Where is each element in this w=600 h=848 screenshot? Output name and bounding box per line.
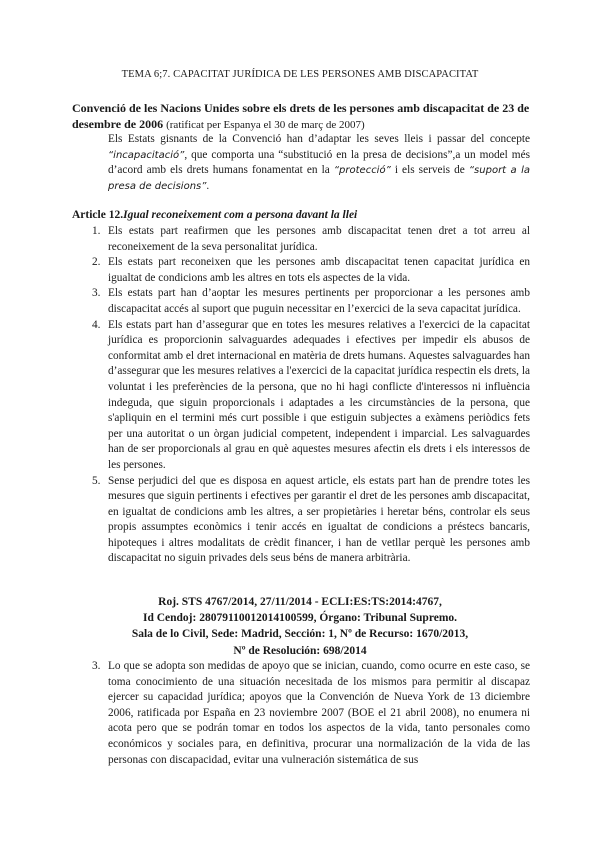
list-item: 2.Els estats part reconeixen que les per…	[72, 255, 530, 286]
convention-text-4: .	[206, 180, 209, 192]
convention-term-incapacitacio: “incapacitació”	[108, 150, 184, 161]
article-items-list: 1.Els estats part reafirmen que les pers…	[72, 224, 530, 567]
document-page: TEMA 6;7. CAPACITAT JURÍDICA DE LES PERS…	[0, 0, 600, 848]
ruling-items-list: 3.Lo que se adopta son medidas de apoyo …	[72, 659, 530, 768]
item-text: Els estats part reafirmen que les person…	[108, 225, 530, 253]
convention-text-1: Els Estats gisnants de la Convenció han …	[108, 133, 530, 145]
article-label: Article 12.	[72, 209, 123, 221]
ratification-note: (ratificat per Espanya el 30 de març de …	[166, 119, 365, 131]
item-text: Sense perjudici del que es disposa en aq…	[108, 475, 530, 565]
article-heading: Article 12.Igual reconeixement com a per…	[72, 208, 532, 224]
list-item: 5.Sense perjudici del que es disposa en …	[72, 474, 530, 568]
list-item: 3.Els estats part han d’aoptar les mesur…	[72, 286, 530, 317]
citation-line-2: Id Cendoj: 28079110012014100599, Órgano:…	[0, 610, 600, 626]
case-citation: Roj. STS 4767/2014, 27/11/2014 - ECLI:ES…	[0, 594, 600, 659]
item-number: 1.	[92, 224, 100, 240]
convention-text-3: i els serveis de	[391, 164, 469, 176]
convention-heading: Convenció de les Nacions Unides sobre el…	[72, 100, 532, 133]
item-number: 3.	[92, 286, 100, 302]
item-number: 3.	[92, 659, 100, 675]
convention-term-proteccio: “protecció”	[334, 165, 391, 176]
item-text: Els estats part han d’assegurar que en t…	[108, 319, 530, 471]
item-text: Els estats part han d’aoptar les mesures…	[108, 287, 530, 315]
list-item: 1.Els estats part reafirmen que les pers…	[72, 224, 530, 255]
item-number: 5.	[92, 474, 100, 490]
item-number: 4.	[92, 318, 100, 334]
list-item: 4.Els estats part han d’assegurar que en…	[72, 318, 530, 474]
convention-paragraph: Els Estats gisnants de la Convenció han …	[108, 132, 530, 194]
citation-line-1: Roj. STS 4767/2014, 27/11/2014 - ECLI:ES…	[0, 594, 600, 610]
document-title: TEMA 6;7. CAPACITAT JURÍDICA DE LES PERS…	[0, 69, 600, 80]
citation-line-3: Sala de lo Civil, Sede: Madrid, Sección:…	[0, 626, 600, 642]
list-item: 3.Lo que se adopta son medidas de apoyo …	[72, 659, 530, 768]
item-text: Lo que se adopta son medidas de apoyo qu…	[108, 660, 530, 766]
citation-line-4: Nº de Resolución: 698/2014	[0, 643, 600, 659]
article-subtitle: Igual reconeixement com a persona davant…	[123, 209, 357, 221]
item-text: Els estats part reconeixen que les perso…	[108, 256, 530, 284]
item-number: 2.	[92, 255, 100, 271]
